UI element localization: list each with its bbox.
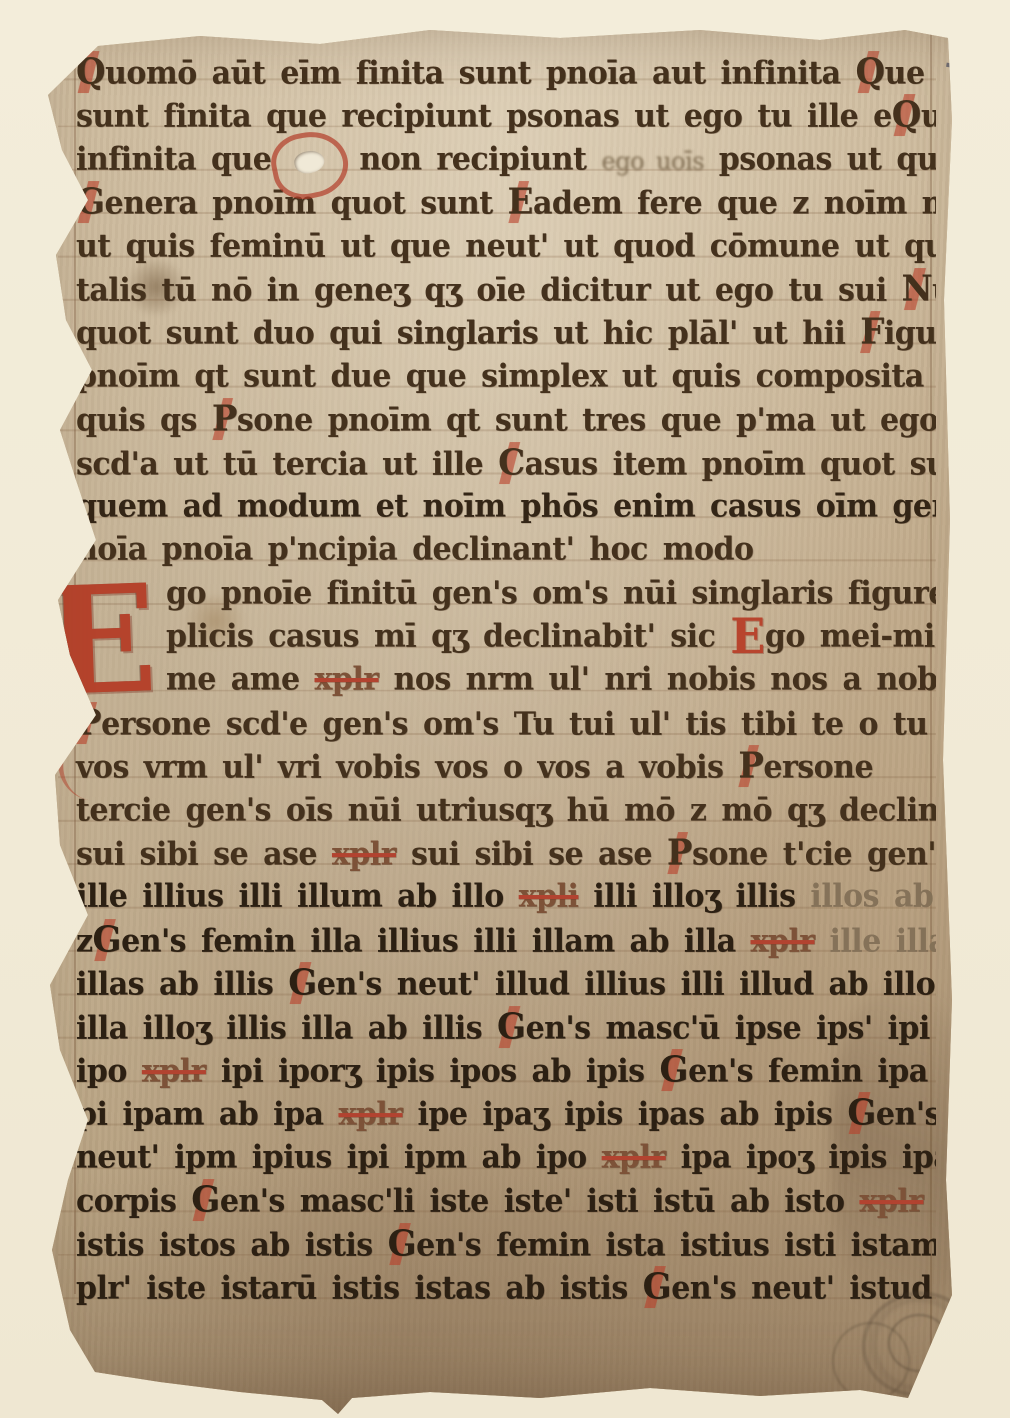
folio-number: 1 (941, 36, 969, 77)
text-segment: uomō aūt eīm finita sunt pnoīa aut infin… (105, 55, 855, 92)
text-segment: sui sibi se ase (396, 836, 667, 873)
text-segment: illa illoʒ illis illa ab illis (76, 1010, 497, 1047)
text-segment: N (902, 268, 933, 310)
text-segment: ūa pnō (932, 272, 936, 309)
text-segment: xplr (859, 1183, 923, 1220)
text-segment: plr' iste istarū istis istas ab istis (76, 1270, 643, 1307)
text-segment: go mei-mis michi (765, 618, 936, 655)
text-line: plr' iste istarū istis istas ab istis Ge… (58, 1265, 936, 1311)
text-segment: en's neut' istud istius (671, 1270, 936, 1307)
text-segment: quis qs (76, 402, 212, 439)
text-segment: sone t'cie gen's masc'li (692, 836, 936, 873)
text-segment: G (643, 1266, 672, 1308)
text-segment: ille illaʒ illis (815, 923, 936, 960)
text-segment: G (76, 181, 105, 223)
parchment-hole (292, 148, 326, 176)
decorated-initial-E: E (41, 564, 159, 716)
text-segment: G (388, 1223, 417, 1265)
text-line: talis tū nō in geneʒ qʒ oīe dicitur ut e… (58, 267, 936, 313)
text-segment: plicis casus mī qʒ declinabit' sic (166, 618, 730, 655)
text-segment: E (508, 181, 533, 223)
text-segment: P (667, 832, 692, 874)
text-segment: G (660, 1049, 689, 1091)
text-segment: igure (884, 316, 936, 353)
text-segment: ue sunt (921, 99, 936, 136)
text-line: ille illius illi illum ab illo xpli illi… (58, 874, 936, 920)
text-segment: scd'a ut tū tercia ut ille (76, 446, 498, 483)
text-line: istis istos ab istis Gen's femin ista is… (58, 1222, 936, 1268)
text-segment: F (860, 311, 884, 353)
text-segment: ego uoīs (601, 146, 704, 175)
library-stamp-icon (822, 1312, 920, 1410)
text-line: me ame xplr nos nrm ul' nri nobis nos a … (58, 657, 936, 703)
text-line: vos vrm ul' vri vobis vos o vos a vobis … (58, 744, 936, 790)
text-segment: C (498, 442, 525, 484)
text-segment: sui sibi se ase (76, 836, 332, 873)
text-segment: G (288, 962, 317, 1004)
text-segment: ue (885, 55, 925, 92)
manuscript-text-block: Quomō aūt eīm finita sunt pnoīa aut infi… (58, 50, 936, 1312)
text-line: go pnoīe finitū gen's om's nūi singlaris… (58, 571, 936, 617)
text-segment: xplr (750, 923, 814, 960)
text-line: quot sunt duo qui singlaris ut hic plāl'… (58, 310, 936, 356)
text-segment: z (76, 923, 93, 960)
text-segment: en's neut' illud illius illi illud ab il… (317, 966, 936, 1003)
parchment-leaf: Quomō aūt eīm finita sunt pnoīa aut infi… (0, 0, 1010, 1418)
text-line: pi ipam ab ipa xplr ipe ipaʒ ipis ipas a… (58, 1091, 936, 1137)
text-segment: pi ipam ab ipa (76, 1097, 338, 1134)
text-line: scd'a ut tū tercia ut ille Casus item pn… (58, 441, 936, 487)
text-segment: me ame (166, 662, 315, 699)
text-segment: isti istoʒ (923, 1183, 936, 1220)
text-line: infinita quenon recipiunt ego uoīs psona… (58, 137, 936, 183)
text-segment: nos nrm ul' nri nobis nos a nobis (379, 662, 936, 699)
text-line: quis qs Psone pnoīm qt sunt tres que p'm… (58, 397, 936, 443)
text-segment: xplr (602, 1139, 666, 1176)
text-segment: ersone scd'e gen's om's Tu tui ul' tis t… (101, 706, 936, 743)
text-line: illa illoʒ illis illa ab illis Gen's mas… (58, 1005, 936, 1051)
text-line: pnoīm qt sunt due que simplex ut quis co… (58, 354, 936, 400)
text-segment: illas ab illis (76, 966, 288, 1003)
text-line: tercie gen's oīs nūi utriusqʒ hū mō z mō… (58, 788, 936, 834)
text-segment: ut quis feminū ut que neut' ut quod cōmu… (76, 228, 936, 265)
text-segment: Q (76, 51, 105, 93)
text-segment: xplr (338, 1097, 402, 1134)
text-segment: go pnoīe finitū gen's om's nūi singlaris… (166, 575, 936, 612)
text-segment: non recipiunt (359, 141, 601, 178)
text-segment: noīa pnoīa p'ncipia declinant' hoc modo (76, 531, 754, 568)
text-segment: P (738, 745, 763, 787)
text-segment: tercie gen's oīs nūi utriusqʒ hū mō z mō… (76, 792, 936, 829)
text-segment: xplr (142, 1053, 206, 1090)
text-line: sunt finita que recipiunt psonas ut ego … (58, 93, 936, 139)
text-line: ut quis feminū ut que neut' ut quod cōmu… (58, 224, 936, 270)
text-segment: xplr (332, 836, 396, 873)
text-segment: ille illius illi illum ab illo (76, 879, 519, 916)
text-segment: G (497, 1006, 526, 1048)
text-segment: illi illoʒ illis (578, 879, 810, 916)
text-segment: en's (876, 1097, 936, 1134)
text-line: zGen's femin illa illius illi illam ab i… (58, 918, 936, 964)
text-segment: E (730, 608, 765, 665)
text-line: Persone scd'e gen's om's Tu tui ul' tis … (58, 701, 936, 747)
text-line: ipo xplr ipi iporʒ ipis ipos ab ipis Gen… (58, 1048, 936, 1094)
text-segment: asus item pnoīm quot sunt (525, 446, 936, 483)
text-segment: infinita que (76, 141, 271, 178)
text-segment: illos ab illis (810, 879, 936, 916)
text-line: Quomō aūt eīm finita sunt pnoīa aut infi… (58, 50, 936, 96)
library-stamp-icon (888, 1314, 950, 1372)
text-segment: en's femin ipa ipīs (688, 1053, 936, 1090)
text-segment: Q (892, 94, 921, 136)
text-segment: vos vrm ul' vri vobis vos o vos a vobis (76, 750, 738, 787)
text-segment: xpli (519, 879, 579, 916)
text-segment: ipi iporʒ ipis ipos ab ipis (206, 1053, 660, 1090)
text-segment: istis istos ab istis (76, 1227, 388, 1264)
text-segment: ipo (76, 1053, 142, 1090)
text-segment: P (212, 398, 237, 440)
text-segment: G (191, 1179, 220, 1221)
text-segment: en's masc'ū ipse ips' ipi ipm ab (526, 1010, 936, 1047)
text-segment: ersone (763, 750, 873, 787)
text-line: noīa pnoīa p'ncipia declinant' hoc modo (58, 527, 936, 573)
text-segment: neut' ipm ipius ipi ipm ab ipo (76, 1139, 602, 1176)
text-segment: sunt finita que recipiunt psonas ut ego … (76, 99, 892, 136)
text-line: sui sibi se ase xplr sui sibi se ase Pso… (58, 831, 936, 877)
text-line: plicis casus mī qʒ declinabit' sic Ego m… (58, 614, 936, 660)
text-segment: quot sunt duo qui singlaris ut hic plāl'… (76, 316, 860, 353)
manuscript-photo: { "page": { "folio": "1", "initial_lette… (0, 0, 1010, 1418)
text-segment: sone pnoīm qt sunt tres que p'ma ut ego (237, 402, 936, 439)
text-line: quem ad modum et noīm phōs enim casus oī… (58, 484, 936, 530)
text-segment: talis tū nō in geneʒ qʒ oīe dicitur ut e… (76, 272, 902, 309)
text-segment: corpis (76, 1183, 191, 1220)
text-line: illas ab illis Gen's neut' illud illius … (58, 961, 936, 1007)
text-segment: psonas ut quis q' qʒ (704, 141, 936, 178)
text-line: Genera pnoīm quot sunt Eadem fere que z … (58, 180, 936, 226)
text-segment: pnoīm qt sunt due que simplex ut quis co… (76, 358, 936, 395)
text-segment: en's masc'li iste iste' isti istū ab ist… (220, 1183, 860, 1220)
text-segment: en's femin illa illius illi illam ab ill… (121, 923, 750, 960)
text-segment: ipe ipaʒ ipis ipas ab ipis (403, 1097, 848, 1134)
text-segment: quem ad modum et noīm phōs enim casus oī… (76, 488, 936, 525)
text-line: neut' ipm ipius ipi ipm ab ipo xplr ipa … (58, 1135, 936, 1181)
text-segment: G (93, 919, 122, 961)
text-segment: xplr (315, 662, 379, 699)
text-segment: ipa ipoʒ ipis ipa (666, 1139, 936, 1176)
text-segment: en's femin ista istius isti istam ab ist… (416, 1227, 936, 1264)
text-segment: adem fere que z noīm masc'lm (533, 185, 936, 222)
text-segment: G (847, 1092, 876, 1134)
text-line: corpis Gen's masc'li iste iste' isti ist… (58, 1178, 936, 1224)
text-segment: Q (856, 51, 885, 93)
